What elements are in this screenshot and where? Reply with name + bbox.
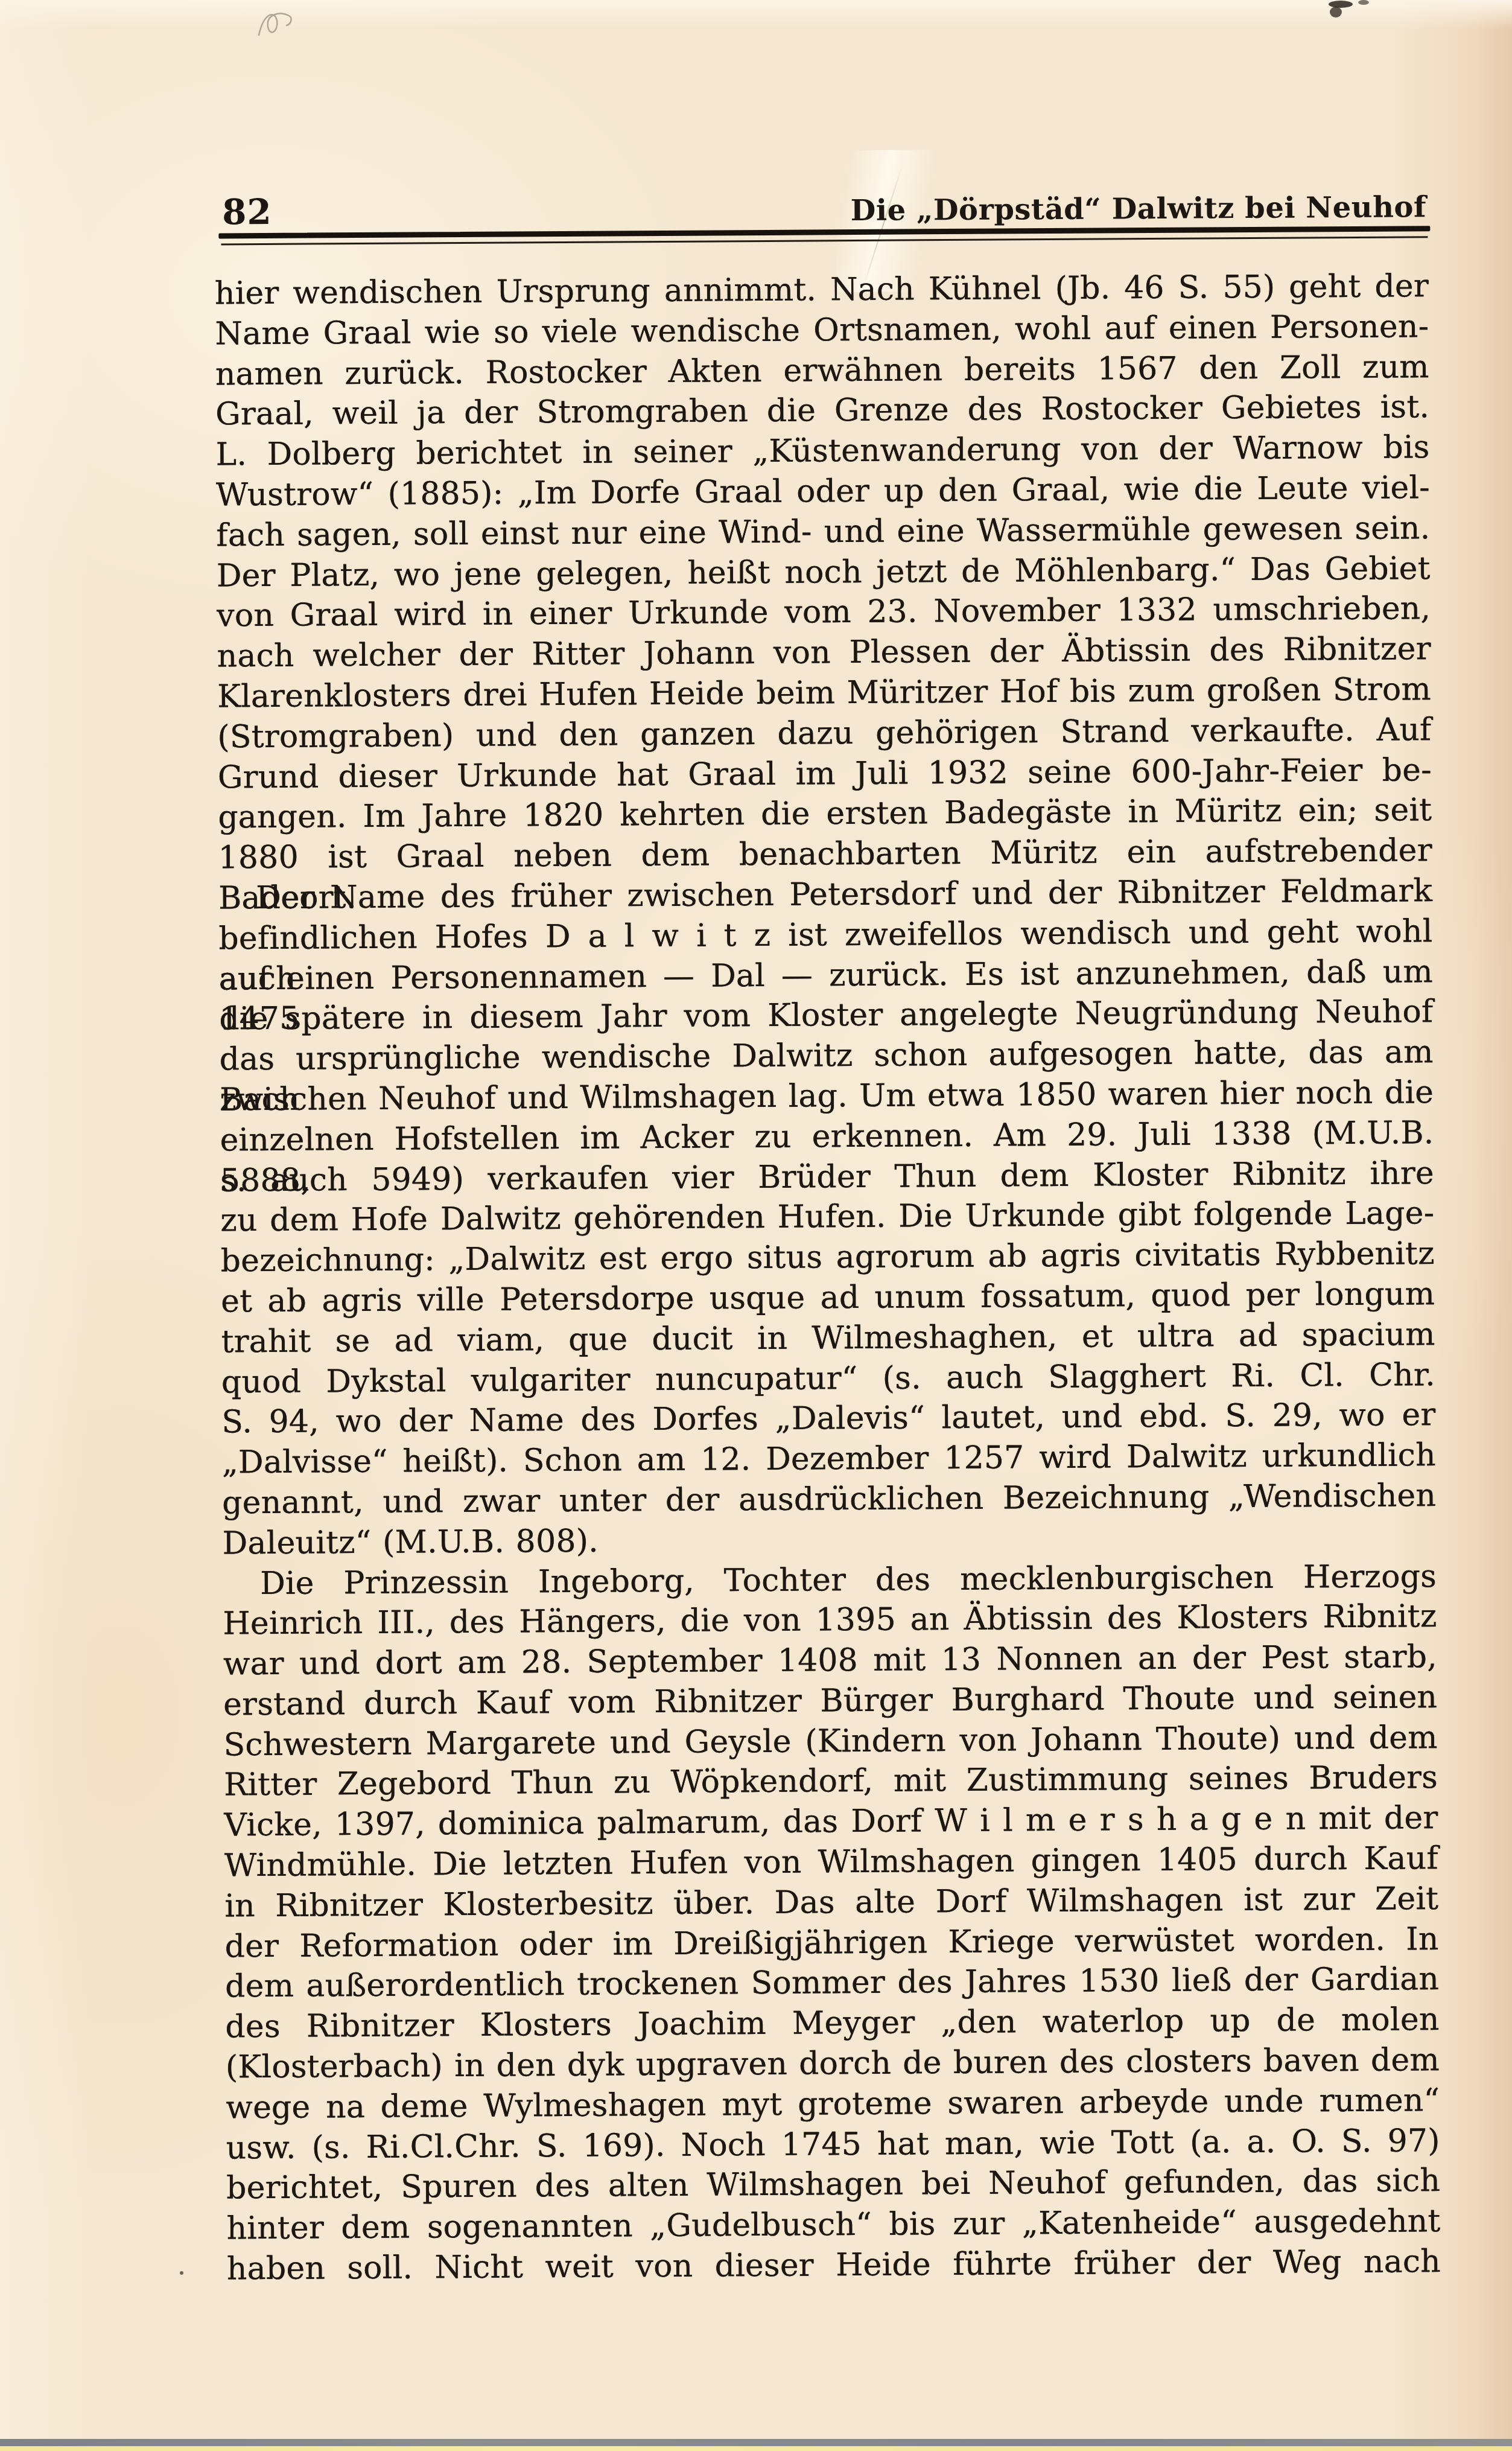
text-line: Daleuitz“ (M.U.B. 808). xyxy=(222,1516,1436,1564)
text-line: „Dalvisse“ heißt). Schon am 12. Dezember… xyxy=(222,1435,1436,1483)
text-line: Heinrich III., des Hängers, die von 1395… xyxy=(223,1596,1437,1644)
text-line: des Ribnitzer Klosters Joachim Meyger „d… xyxy=(225,2000,1439,2047)
text-line: s. auch 5949) verkaufen vier Brüder Thun… xyxy=(220,1153,1434,1201)
text-line: Grund dieser Urkunde hat Graal im Juli 1… xyxy=(218,750,1432,798)
text-line: der Reformation oder im Dreißigjährigen … xyxy=(224,1919,1438,1967)
text-line: fach sagen, soll einst nur eine Wind- un… xyxy=(216,508,1430,556)
text-line: Der Name des früher zwischen Petersdorf … xyxy=(218,871,1432,919)
text-line: erstand durch Kauf vom Ribnitzer Bürger … xyxy=(223,1677,1437,1725)
text-line: Der Platz, wo jene gelegen, heißt noch j… xyxy=(217,549,1431,596)
text-line: Windmühle. Die letzten Hufen von Wilmsha… xyxy=(224,1838,1438,1886)
text-line: Wustrow“ (1885): „Im Dorfe Graal oder up… xyxy=(216,468,1430,515)
text-line: (Klosterbach) in den dyk upgraven dorch … xyxy=(226,2040,1440,2088)
text-line: war und dort am 28. September 1408 mit 1… xyxy=(223,1637,1437,1684)
text-line: auf einen Personennamen — Dal — zurück. … xyxy=(219,952,1433,999)
scan-skew-wrapper: 82 Die „Dörpstäd“ Dalwitz bei Neuhof hie… xyxy=(0,0,1512,2451)
ink-smudge xyxy=(1327,0,1394,27)
text-line: zu dem Hofe Dalwitz gehörenden Hufen. Di… xyxy=(220,1193,1434,1241)
text-line: dem außerordentlich trockenen Sommer des… xyxy=(225,1960,1439,2007)
text-line: Ritter Zegebord Thun zu Wöpkendorf, mit … xyxy=(224,1758,1438,1806)
text-line: gangen. Im Jahre 1820 kehrten die ersten… xyxy=(218,791,1432,838)
text-line: nach welcher der Ritter Johann von Pless… xyxy=(217,629,1431,677)
text-line: Die Prinzessin Ingeborg, Tochter des mec… xyxy=(223,1557,1437,1604)
text-line: Graal, weil ja der Stromgraben die Grenz… xyxy=(215,387,1429,435)
text-line: genannt, und zwar unter der ausdrücklich… xyxy=(222,1476,1436,1523)
text-block: hier wendischen Ursprung annimmt. Nach K… xyxy=(215,266,1441,2289)
text-line: Vicke, 1397, dominica palmarum, das Dorf… xyxy=(224,1798,1438,1846)
text-line: das ursprüngliche wendische Dalwitz scho… xyxy=(220,1032,1434,1080)
text-line: L. Dolberg berichtet in seiner „Küstenwa… xyxy=(215,427,1429,475)
running-title: Die „Dörpstäd“ Dalwitz bei Neuhof xyxy=(851,190,1427,228)
text-line: die spätere in diesem Jahr vom Kloster a… xyxy=(219,992,1433,1040)
text-line: in Ribnitzer Klosterbesitz über. Das alt… xyxy=(224,1879,1438,1927)
text-line: zwischen Neuhof und Wilmshagen lag. Um e… xyxy=(220,1073,1434,1120)
text-line: usw. (s. Ri.Cl.Chr. S. 169). Noch 1745 h… xyxy=(226,2121,1440,2169)
text-line: bezeichnung: „Dalwitz est ergo situs agr… xyxy=(221,1234,1435,1281)
text-line: quod Dykstal vulgariter nuncupatur“ (s. … xyxy=(221,1355,1435,1403)
scanner-strip-gray xyxy=(0,2439,1512,2446)
text-line: Klarenklosters drei Hufen Heide beim Mür… xyxy=(217,669,1431,717)
text-line: Schwestern Margarete und Geysle (Kindern… xyxy=(223,1718,1437,1765)
text-line: hier wendischen Ursprung annimmt. Nach K… xyxy=(215,266,1429,314)
text-line: et ab agris ville Petersdorpe usque ad u… xyxy=(221,1274,1435,1322)
text-line: von Graal wird in einer Urkunde vom 23. … xyxy=(217,589,1431,637)
text-line: trahit se ad viam, que ducit in Wilmesha… xyxy=(221,1315,1435,1362)
text-line: hinter dem sogenannten „Gudelbusch“ bis … xyxy=(226,2201,1440,2249)
pencil-mark xyxy=(256,7,308,43)
text-line: S. 94, wo der Name des Dorfes „Dalevis“ … xyxy=(221,1395,1435,1442)
text-line: wege na deme Wylmeshagen myt groteme swa… xyxy=(226,2080,1440,2128)
book-page: 82 Die „Dörpstäd“ Dalwitz bei Neuhof hie… xyxy=(0,0,1512,2451)
text-line: namen zurück. Rostocker Akten erwähnen b… xyxy=(215,347,1429,395)
text-line: 1880 ist Graal neben dem benachbarten Mü… xyxy=(218,830,1432,878)
paper-speck xyxy=(180,2271,183,2275)
text-line: (Stromgraben) und den ganzen dazu gehöri… xyxy=(217,710,1431,757)
text-line: Name Graal wie so viele wendische Ortsna… xyxy=(215,307,1429,354)
text-line: berichtet, Spuren des alten Wilmshagen b… xyxy=(226,2161,1440,2209)
text-line: einzelnen Hofstellen im Acker zu erkenne… xyxy=(220,1113,1434,1161)
scanner-strip-yellow xyxy=(0,2446,1512,2451)
text-line: befindlichen Hofes D a l w i t z ist zwe… xyxy=(218,911,1432,959)
page-number: 82 xyxy=(222,191,272,233)
text-line: haben soll. Nicht weit von dieser Heide … xyxy=(227,2242,1441,2289)
